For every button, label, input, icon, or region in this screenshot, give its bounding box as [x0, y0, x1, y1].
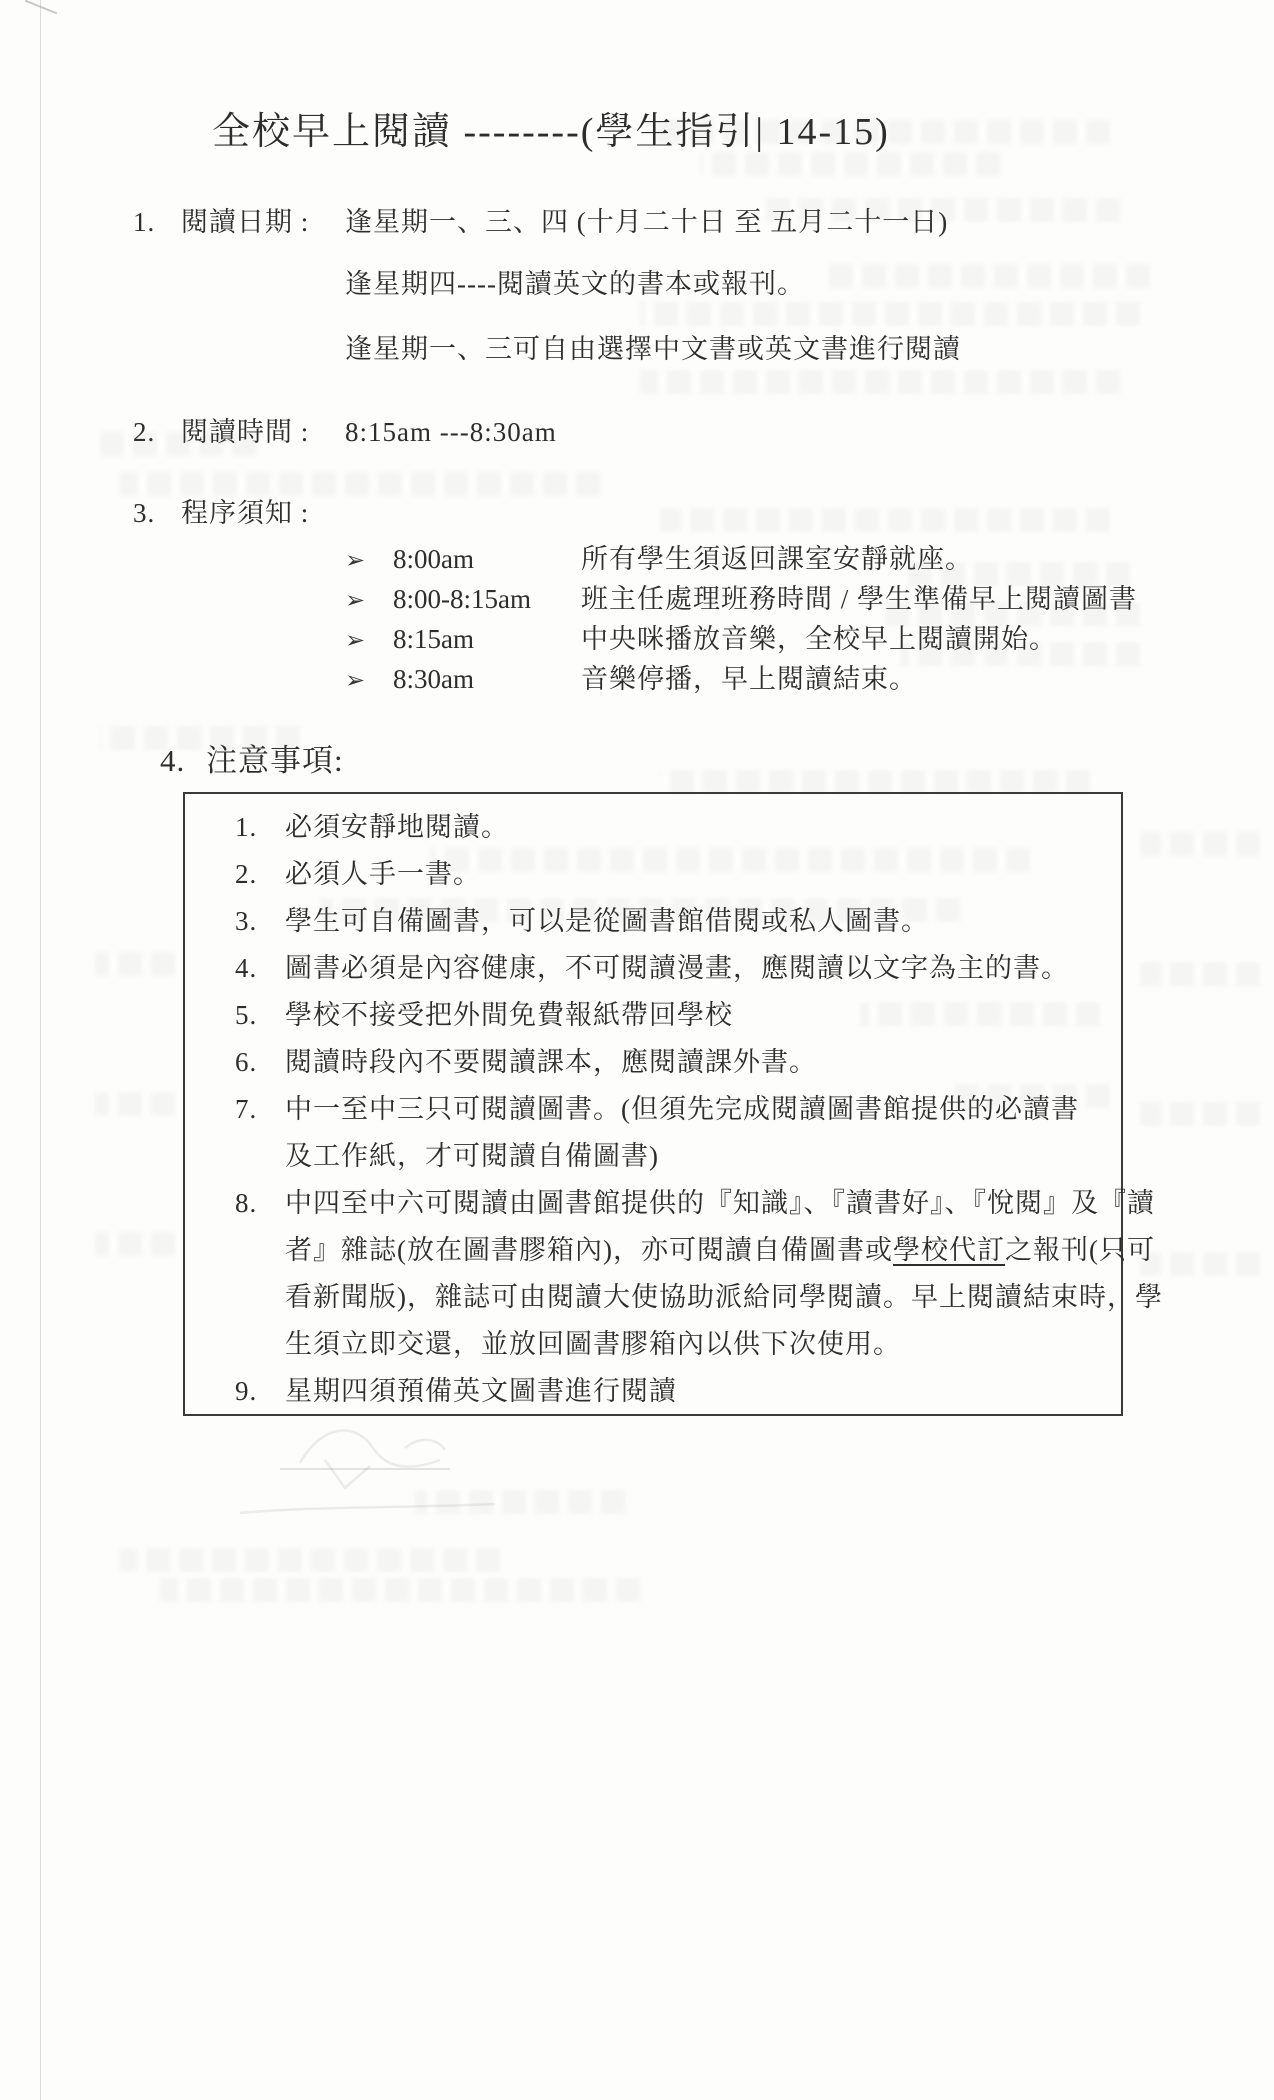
page-title: 全校早上閱讀 --------(學生指引| 14-15) — [212, 110, 890, 156]
bleed-through-line — [280, 1468, 450, 1470]
note-item: 6. 閱讀時段內不要閱讀課本，應閱讀課外書。 — [185, 1039, 1121, 1086]
schedule-row: ➢8:00-8:15am班主任處理班務時間 / 學生準備早上閱讀圖書 — [345, 583, 1137, 616]
scanned-document-page: 全校早上閱讀 --------(學生指引| 14-15) 1.閱讀日期 :逢星期… — [0, 0, 1274, 2100]
note-text: 中四至中六可閱讀由圖書館提供的『知識』、『讀書好』、『悅閱』及『讀 — [285, 1180, 1121, 1227]
bleed-through-ghost — [1140, 1102, 1260, 1126]
reading-date-subline-thursday: 逢星期四----閱讀英文的書本或報刊。 — [345, 268, 805, 300]
bleed-through-ghost — [120, 472, 600, 496]
note-number: 1. — [235, 804, 257, 851]
note-text: 閱讀時段內不要閱讀課本，應閱讀課外書。 — [285, 1039, 1121, 1086]
note-text: 必須安靜地閱讀。 — [285, 804, 1121, 851]
section-reading-time: 2.閱讀時間 :8:15am ---8:30am — [133, 416, 557, 448]
section-label: 閱讀時間 : — [181, 416, 345, 448]
section-number: 3. — [133, 497, 181, 529]
note-text: 圖書必須是內容健康，不可閱讀漫畫，應閱讀以文字為主的書。 — [285, 945, 1121, 992]
bleed-through-sketch — [205, 1418, 525, 1568]
schedule-desc: 所有學生須返回課室安靜就座。 — [581, 544, 973, 574]
bleed-through-ghost — [660, 508, 1110, 532]
note-text-segment: 之報刊(只可 — [1005, 1235, 1155, 1265]
section-notes-header: 4.注意事項: — [160, 742, 344, 779]
note-text: 學校不接受把外間免費報紙帶回學校 — [285, 992, 1121, 1039]
section-label: 閱讀日期 : — [181, 206, 345, 238]
scan-edge-line — [40, 0, 41, 2100]
schedule-time: 8:00-8:15am — [393, 583, 581, 615]
schedule-row: ➢8:30am音樂停播，早上閱讀結束。 — [345, 663, 917, 696]
note-text: 及工作紙，才可閱讀自備圖書) — [285, 1133, 1121, 1180]
section-reading-date: 1.閱讀日期 :逢星期一、三、四 (十月二十日 至 五月二十一日) — [133, 206, 948, 238]
note-text: 星期四須預備英文圖書進行閱讀 — [285, 1368, 1121, 1415]
note-number: 8. — [235, 1180, 257, 1227]
schedule-desc: 音樂停播，早上閱讀結束。 — [581, 664, 917, 694]
note-item: 1. 必須安靜地閱讀。 — [185, 804, 1121, 851]
bleed-through-ghost — [1140, 832, 1260, 856]
note-item: 3. 學生可自備圖書，可以是從圖書館借閱或私人圖書。 — [185, 898, 1121, 945]
note-item: 7. 中一至中三只可閱讀圖書。(但須先完成閱讀圖書館提供的必讀書 及工作紙，才可… — [185, 1086, 1121, 1180]
schedule-time: 8:15am — [393, 623, 581, 655]
bleed-through-ghost — [415, 1490, 625, 1514]
arrow-bullet-icon: ➢ — [345, 587, 393, 616]
note-item: 2. 必須人手一書。 — [185, 851, 1121, 898]
note-number: 4. — [235, 945, 257, 992]
bleed-through-ghost — [820, 264, 1150, 288]
note-text-segment: 者』雜誌(放在圖書膠箱內)，亦可閱讀自備圖書或 — [285, 1235, 893, 1265]
bleed-through-ghost — [120, 1548, 500, 1572]
schedule-time: 8:00am — [393, 543, 581, 575]
arrow-bullet-icon: ➢ — [345, 667, 393, 696]
section-label: 程序須知 : — [181, 497, 345, 529]
section-number: 1. — [133, 206, 181, 238]
section-procedure: 3.程序須知 : — [133, 497, 345, 529]
bleed-through-ghost — [640, 302, 1140, 326]
note-text: 學生可自備圖書，可以是從圖書館借閱或私人圖書。 — [285, 898, 1121, 945]
note-text: 必須人手一書。 — [285, 851, 1121, 898]
note-number: 5. — [235, 992, 257, 1039]
note-item: 9. 星期四須預備英文圖書進行閱讀 — [185, 1368, 1121, 1415]
bleed-through-ghost — [1140, 1252, 1260, 1276]
schedule-row: ➢8:00am所有學生須返回課室安靜就座。 — [345, 543, 973, 576]
schedule-time: 8:30am — [393, 663, 581, 695]
scan-corner-artifact — [25, 0, 57, 14]
schedule-desc: 班主任處理班務時間 / 學生準備早上閱讀圖書 — [581, 584, 1137, 614]
notes-box: 1. 必須安靜地閱讀。 2. 必須人手一書。 3. 學生可自備圖書，可以是從圖書… — [183, 792, 1123, 1416]
note-number: 3. — [235, 898, 257, 945]
underlined-phrase: 學校代訂 — [893, 1235, 1005, 1265]
note-text: 中一至中三只可閱讀圖書。(但須先完成閱讀圖書館提供的必讀書 — [285, 1086, 1121, 1133]
note-item: 5. 學校不接受把外間免費報紙帶回學校 — [185, 992, 1121, 1039]
note-number: 7. — [235, 1086, 257, 1133]
note-text: 者』雜誌(放在圖書膠箱內)，亦可閱讀自備圖書或學校代訂之報刊(只可 — [285, 1227, 1121, 1274]
section-value: 8:15am ---8:30am — [345, 417, 557, 447]
reading-date-subline-mon-wed: 逢星期一、三可自由選擇中文書或英文書進行閱讀 — [345, 333, 961, 365]
note-text: 生須立即交還，並放回圖書膠箱內以供下次使用。 — [285, 1321, 1121, 1368]
section-number: 4. — [160, 742, 206, 779]
note-item: 4. 圖書必須是內容健康，不可閱讀漫畫，應閱讀以文字為主的書。 — [185, 945, 1121, 992]
bleed-through-ghost — [160, 1578, 640, 1602]
note-number: 6. — [235, 1039, 257, 1086]
section-value: 逢星期一、三、四 (十月二十日 至 五月二十一日) — [345, 207, 948, 237]
arrow-bullet-icon: ➢ — [345, 627, 393, 656]
note-item: 8. 中四至中六可閱讀由圖書館提供的『知識』、『讀書好』、『悅閱』及『讀 者』雜… — [185, 1180, 1121, 1368]
arrow-bullet-icon: ➢ — [345, 547, 393, 576]
bleed-through-ghost — [95, 1232, 175, 1256]
bleed-through-ghost — [1140, 962, 1260, 986]
bleed-through-ghost — [700, 152, 1000, 176]
schedule-desc: 中央咪播放音樂，全校早上閱讀開始。 — [581, 624, 1057, 654]
bleed-through-ghost — [95, 952, 175, 976]
bleed-through-ghost — [95, 1092, 175, 1116]
section-label: 注意事項: — [206, 743, 344, 778]
bleed-through-ghost — [640, 370, 1120, 394]
note-number: 2. — [235, 851, 257, 898]
bleed-through-ghost — [660, 770, 1090, 794]
section-number: 2. — [133, 416, 181, 448]
schedule-row: ➢8:15am中央咪播放音樂，全校早上閱讀開始。 — [345, 623, 1057, 656]
note-number: 9. — [235, 1368, 257, 1415]
note-text: 看新聞版)，雜誌可由閱讀大使協助派給同學閱讀。早上閱讀結束時，學 — [285, 1274, 1121, 1321]
